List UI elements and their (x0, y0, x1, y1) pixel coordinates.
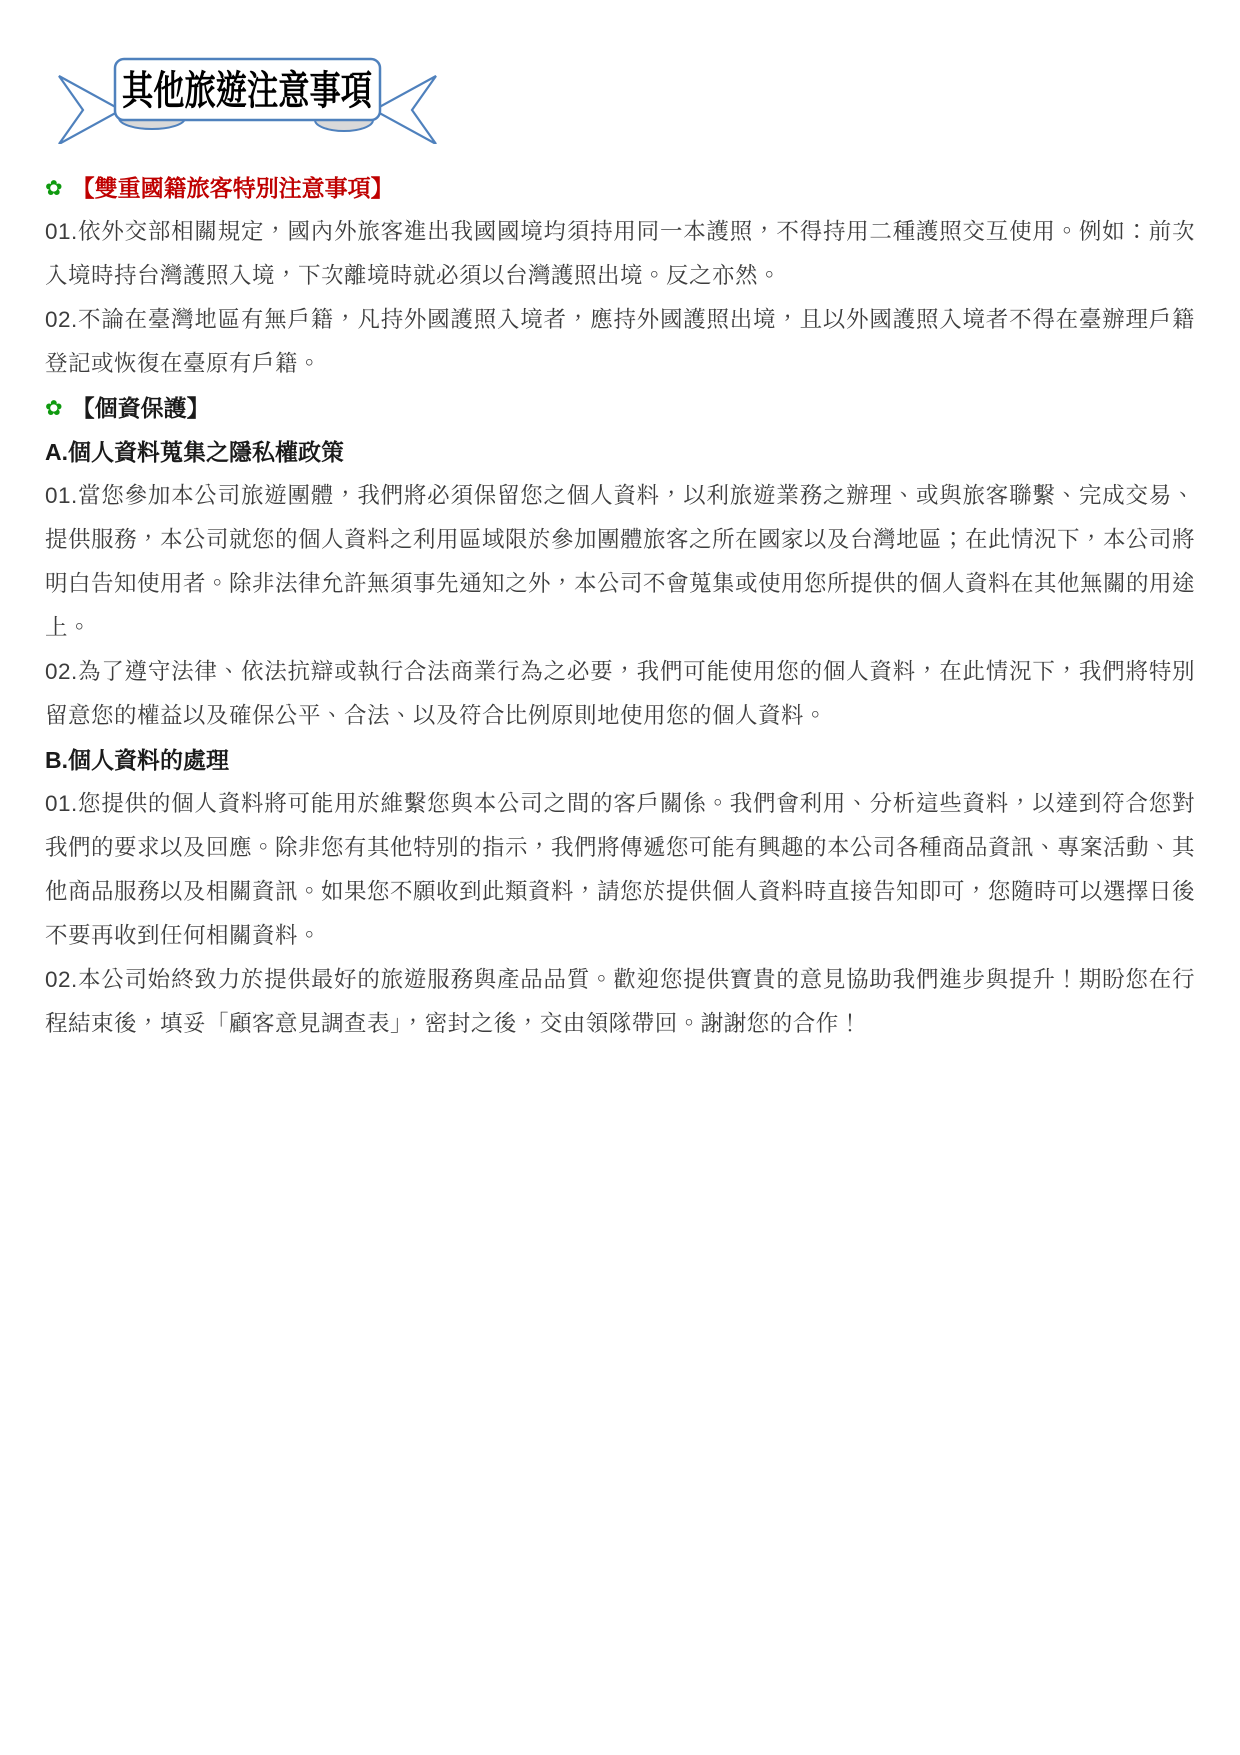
paragraph-privacy-policy-01: 01.當您參加本公司旅遊團體，我們將必須保留您之個人資料，以利旅遊業務之辦理、或… (45, 474, 1195, 650)
banner-title: 其他旅遊注意事項 (122, 69, 372, 113)
paragraph-data-handling-01: 01.您提供的個人資料將可能用於維繫您與本公司之間的客戶關係。我們會利用、分析這… (45, 782, 1195, 958)
sub-heading-privacy-policy: A.個人資料蒐集之隱私權政策 (45, 430, 1195, 474)
sub-heading-data-handling: B.個人資料的處理 (45, 738, 1195, 782)
flower-icon: ✿ (45, 398, 63, 419)
paragraph-dual-nationality-01: 01.依外交部相關規定，國內外旅客進出我國國境均須持用同一本護照，不得持用二種護… (45, 210, 1195, 298)
paragraph-privacy-policy-02: 02.為了遵守法律、依法抗辯或執行合法商業行為之必要，我們可能使用您的個人資料，… (45, 650, 1195, 738)
ribbon-banner-graphic: 其他旅遊注意事項 (55, 56, 440, 144)
flower-icon: ✿ (45, 178, 63, 199)
document-content: ✿ 【雙重國籍旅客特別注意事項】 01.依外交部相關規定，國內外旅客進出我國國境… (45, 166, 1195, 1046)
paragraph-dual-nationality-02: 02.不論在臺灣地區有無戶籍，凡持外國護照入境者，應持外國護照出境，且以外國護照… (45, 298, 1195, 386)
document-page: 其他旅遊注意事項 ✿ 【雙重國籍旅客特別注意事項】 01.依外交部相關規定，國內… (0, 0, 1240, 1755)
ribbon-right-tail (374, 76, 436, 144)
section-heading-privacy: ✿ 【個資保護】 (45, 386, 1195, 430)
title-banner: 其他旅遊注意事項 (55, 56, 440, 144)
section-heading-privacy-text: 【個資保護】 (72, 386, 210, 430)
paragraph-data-handling-02: 02.本公司始終致力於提供最好的旅遊服務與產品品質。歡迎您提供寶貴的意見協助我們… (45, 958, 1195, 1046)
section-heading-dual-nationality-text: 【雙重國籍旅客特別注意事項】 (72, 166, 394, 210)
ribbon-left-tail (59, 76, 121, 144)
section-heading-dual-nationality: ✿ 【雙重國籍旅客特別注意事項】 (45, 166, 1195, 210)
